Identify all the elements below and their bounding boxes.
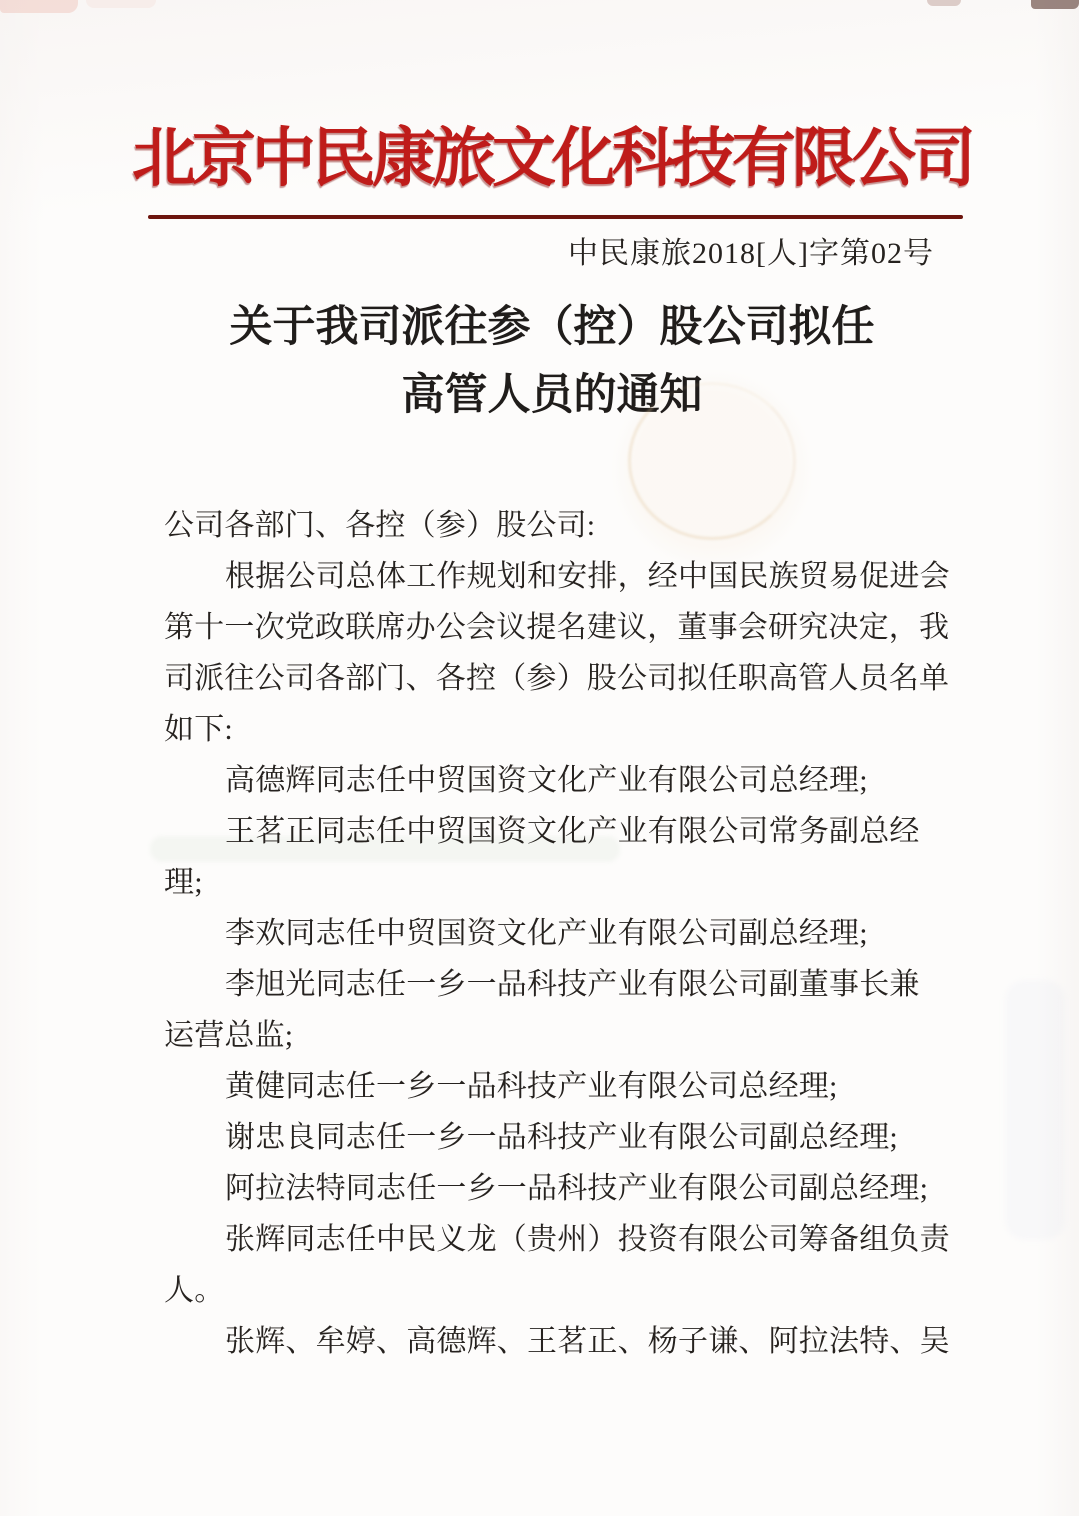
body-line: 高德辉同志任中贸国资文化产业有限公司总经理; <box>164 755 954 806</box>
scanned-document-page: 北京中民康旅文化科技有限公司 中民康旅2018[人]字第02号 关于我司派往参（… <box>0 0 1079 1516</box>
body-line: 张辉同志任中民义龙（贵州）投资有限公司筹备组负责 <box>164 1214 954 1265</box>
company-letterhead-title: 北京中民康旅文化科技有限公司 <box>52 116 1052 202</box>
body-line: 如下: <box>164 704 954 755</box>
scan-smudge-top-right <box>1031 0 1079 9</box>
body-line: 阿拉法特同志任一乡一品科技产业有限公司副总经理; <box>164 1163 954 1214</box>
body-line: 李欢同志任中贸国资文化产业有限公司副总经理; <box>164 908 954 959</box>
notice-title-line1: 关于我司派往参（控）股公司拟任 <box>52 303 1052 353</box>
scan-artifact-band-right <box>1005 980 1065 1240</box>
body-line: 张辉、牟婷、高德辉、王茗正、杨子谦、阿拉法特、吴 <box>164 1316 954 1367</box>
body-line: 运营总监; <box>164 1010 954 1061</box>
body-line: 司派往公司各部门、各控（参）股公司拟任职高管人员名单 <box>164 653 954 704</box>
scan-smudge-top-right-2 <box>927 0 961 6</box>
body-line: 第十一次党政联席办公会议提名建议，董事会研究决定，我 <box>164 602 954 653</box>
body-line: 王茗正同志任中贸国资文化产业有限公司常务副总经 <box>164 806 954 857</box>
body-line: 黄健同志任一乡一品科技产业有限公司总经理; <box>164 1061 954 1112</box>
body-line: 根据公司总体工作规划和安排，经中国民族贸易促进会 <box>164 551 954 602</box>
notice-title-line2: 高管人员的通知 <box>52 371 1052 421</box>
body-line: 人。 <box>164 1265 954 1316</box>
body-line: 李旭光同志任一乡一品科技产业有限公司副董事长兼 <box>164 959 954 1010</box>
letterhead-divider-rule <box>148 215 963 219</box>
body-line: 谢忠良同志任一乡一品科技产业有限公司副总经理; <box>164 1112 954 1163</box>
body-line: 公司各部门、各控（参）股公司: <box>164 500 954 551</box>
scan-smudge-top-left-2 <box>86 0 156 8</box>
document-reference-number: 中民康旅2018[人]字第02号 <box>568 235 934 273</box>
notice-body-text: 公司各部门、各控（参）股公司:根据公司总体工作规划和安排，经中国民族贸易促进会第… <box>164 500 954 1367</box>
scan-smudge-top-left <box>0 0 78 13</box>
body-line: 理; <box>164 857 954 908</box>
